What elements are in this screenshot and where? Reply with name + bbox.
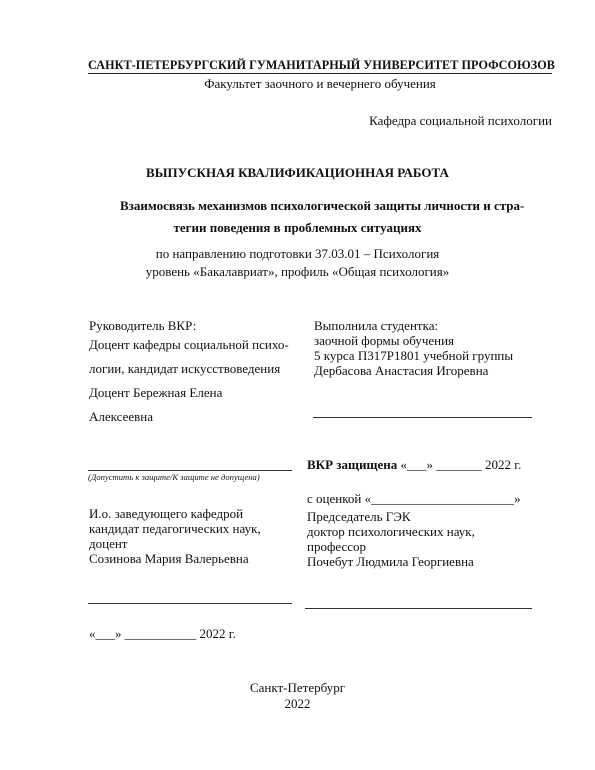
commission-title: профессор — [307, 539, 475, 554]
document-type: ВЫПУСКНАЯ КВАЛИФИКАЦИОННАЯ РАБОТА — [0, 165, 595, 180]
thesis-title-line-2: тегии поведения в проблемных ситуациях — [0, 220, 595, 235]
supervisor-position-line-2: логии, кандидат искусствоведения — [89, 357, 289, 381]
footer-city: Санкт-Петербург — [0, 680, 595, 695]
university-name: САНКТ-ПЕТЕРБУРГСКИЙ ГУМАНИТАРНЫЙ УНИВЕРС… — [88, 58, 552, 73]
head-name: Созинова Мария Валерьевна — [89, 551, 261, 566]
commission-role: Председатель ГЭК — [307, 509, 475, 524]
header-rule — [88, 73, 552, 74]
commission-degree: доктор психологических наук, — [307, 524, 475, 539]
student-group: 5 курса П317Р1801 учебной группы — [314, 348, 513, 363]
defense-label: ВКР защищена — [307, 457, 397, 472]
admission-note: (Допустить к защите/К защите не допущена… — [88, 472, 260, 482]
head-title: доцент — [89, 536, 261, 551]
commission-name: Почебут Людмила Георгиевна — [307, 554, 475, 569]
supervisor-name-line-1: Доцент Бережная Елена — [89, 381, 289, 405]
student-label: Выполнила студентка: — [314, 318, 513, 333]
defense-date-line: ВКР защищена «___» _______ 2022 г. — [307, 457, 521, 472]
defense-date: «___» _______ 2022 г. — [400, 457, 521, 472]
head-of-department-block: И.о. заведующего кафедрой кандидат педаг… — [89, 506, 261, 566]
defense-grade: с оценкой «______________________» — [307, 491, 521, 506]
student-name: Дербасова Анастасия Игоревна — [314, 363, 513, 378]
department-name: Кафедра социальной психологии — [369, 113, 552, 128]
chair-signature-line — [305, 608, 532, 609]
supervisor-block: Руководитель ВКР: Доцент кафедры социаль… — [89, 318, 289, 429]
student-block: Выполнила студентка: заочной формы обуче… — [314, 318, 513, 378]
faculty-name: Факультет заочного и вечернего обучения — [88, 76, 552, 91]
admission-signature-line — [88, 470, 292, 471]
commission-chair-block: Председатель ГЭК доктор психологических … — [307, 509, 475, 569]
student-signature-line — [313, 417, 532, 418]
head-degree: кандидат педагогических наук, — [89, 521, 261, 536]
head-role: И.о. заведующего кафедрой — [89, 506, 261, 521]
footer-year: 2022 — [0, 696, 595, 711]
student-form: заочной формы обучения — [314, 333, 513, 348]
thesis-title-line-1: Взаимосвязь механизмов психологической з… — [120, 198, 524, 213]
study-direction: по направлению подготовки 37.03.01 – Пси… — [0, 246, 595, 261]
supervisor-label: Руководитель ВКР: — [89, 318, 289, 333]
supervisor-name-line-2: Алексеевна — [89, 405, 289, 429]
head-signature-line — [88, 603, 292, 604]
head-approval-date: «___» ___________ 2022 г. — [89, 626, 236, 641]
supervisor-position-line-1: Доцент кафедры социальной психо- — [89, 333, 289, 357]
study-level: уровень «Бакалавриат», профиль «Общая пс… — [0, 264, 595, 279]
